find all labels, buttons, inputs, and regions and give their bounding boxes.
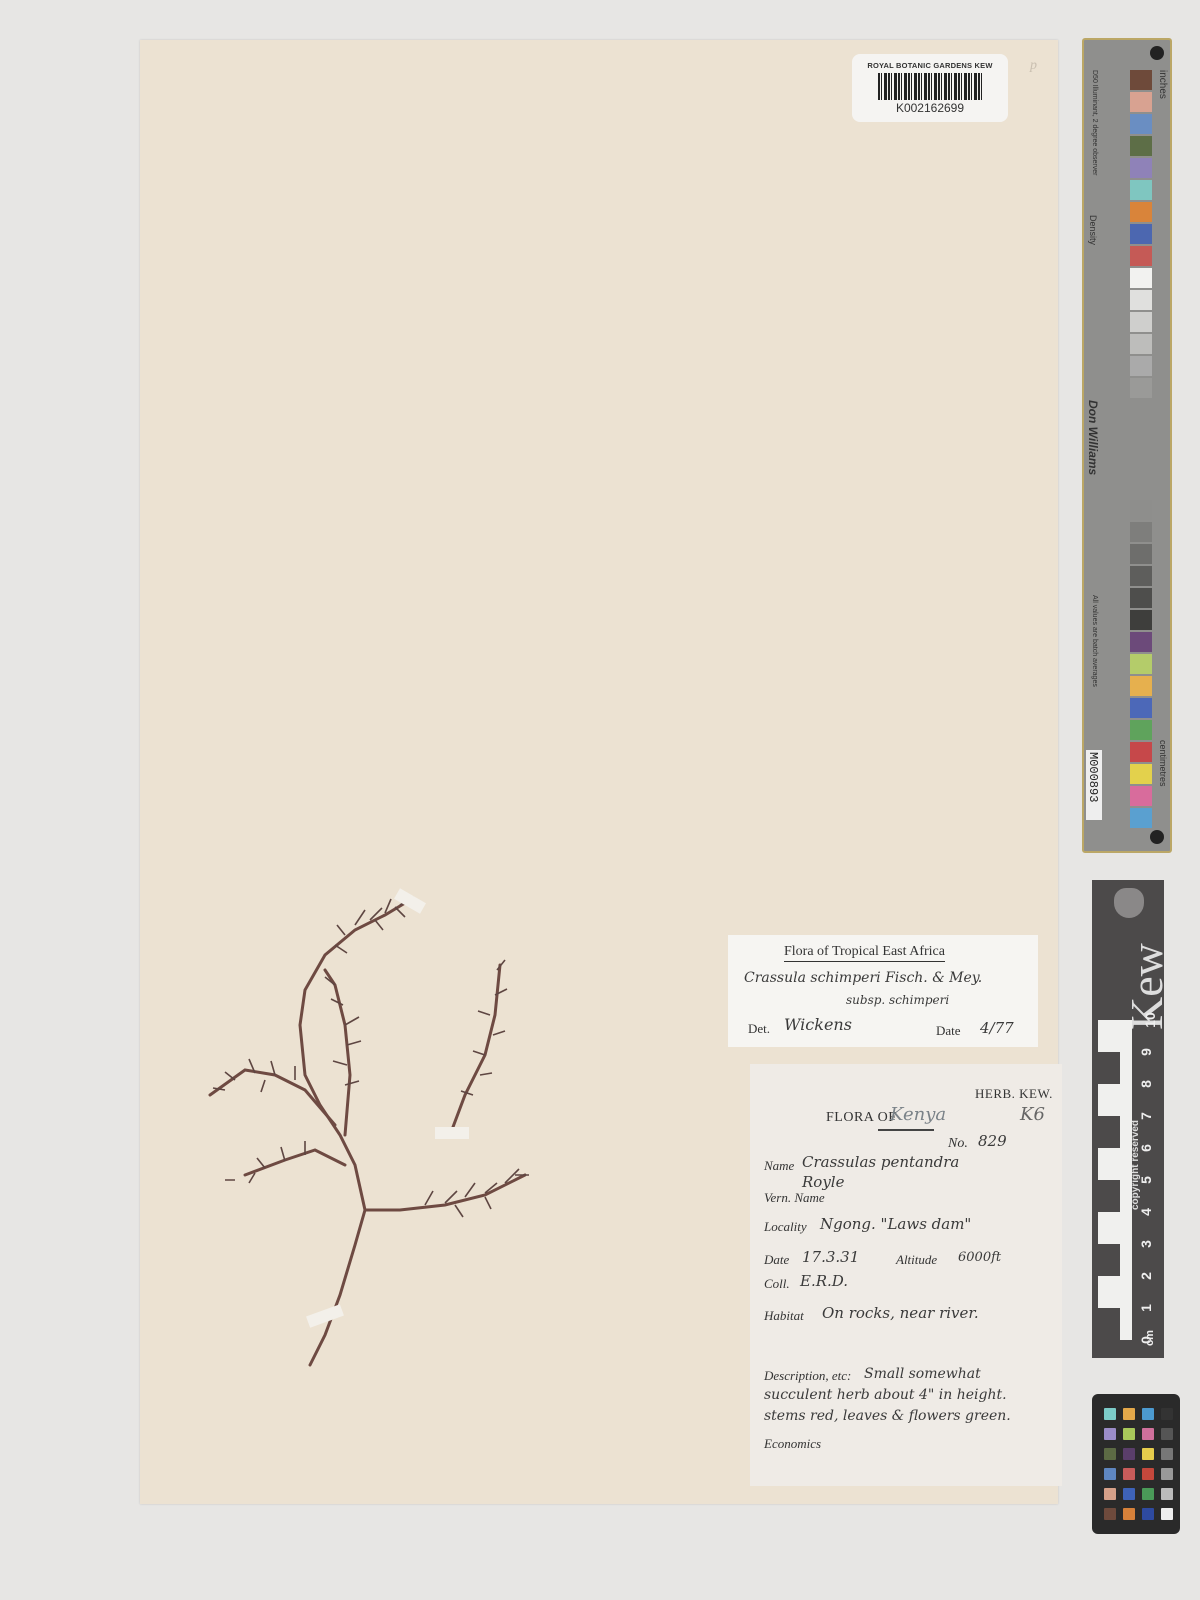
- color-patch: [1130, 676, 1152, 696]
- checker-swatch: [1161, 1508, 1173, 1520]
- checker-swatch: [1123, 1448, 1135, 1460]
- color-patch: [1130, 224, 1152, 244]
- det-label-title: Flora of Tropical East Africa: [784, 944, 945, 962]
- checker-swatch: [1161, 1428, 1173, 1440]
- barcode-number: K002162699: [852, 101, 1008, 115]
- flora-of-label: FLORA OF: [826, 1110, 897, 1126]
- field-date-value: 17.3.31: [802, 1248, 859, 1266]
- ruler-block: [1098, 1308, 1120, 1340]
- color-patch: [1130, 500, 1152, 520]
- scale-footnote: All values are batch averages: [1091, 595, 1098, 687]
- color-patch: [1130, 698, 1152, 718]
- ruler-block: [1098, 1180, 1120, 1212]
- inches-label: inches: [1157, 70, 1168, 99]
- field-habitat-value: On rocks, near river.: [822, 1304, 979, 1322]
- corner-mark: p: [1030, 58, 1037, 74]
- field-date-label: Date: [764, 1252, 789, 1268]
- centimetres-label: centimetres: [1158, 740, 1168, 787]
- checker-swatch: [1123, 1408, 1135, 1420]
- checker-swatch: [1123, 1428, 1135, 1440]
- ruler-tick-label: 4: [1138, 1208, 1154, 1216]
- checker-swatch: [1161, 1468, 1173, 1480]
- det-infraspecific: subsp. schimperi: [846, 993, 949, 1007]
- checker-swatch: [1142, 1508, 1154, 1520]
- color-patch: [1130, 268, 1152, 288]
- color-patch: [1130, 654, 1152, 674]
- scale-hole-bottom: [1150, 830, 1164, 844]
- color-patch: [1130, 720, 1152, 740]
- color-patch: [1130, 312, 1152, 332]
- ruler-tick-label: 10: [1142, 1012, 1158, 1028]
- barcode-label: ROYAL BOTANIC GARDENS KEW K002162699: [852, 54, 1008, 122]
- density-label: Density: [1088, 215, 1098, 245]
- color-patch: [1130, 632, 1152, 652]
- scale-brand: Don Williams: [1086, 400, 1100, 475]
- field-habitat-label: Habitat: [764, 1308, 804, 1324]
- plant-specimen-icon: [195, 875, 535, 1375]
- institution-name: ROYAL BOTANIC GARDENS KEW: [852, 61, 1008, 70]
- checker-swatch: [1142, 1468, 1154, 1480]
- field-description-value: Small somewhat succulent herb about 4" i…: [764, 1364, 1034, 1427]
- color-patch: [1130, 786, 1152, 806]
- color-patch: [1130, 764, 1152, 784]
- color-patch: [1130, 114, 1152, 134]
- color-patch: [1130, 808, 1152, 828]
- checker-swatch: [1142, 1428, 1154, 1440]
- flora-country: Kenya: [890, 1104, 946, 1125]
- checker-swatch: [1161, 1488, 1173, 1500]
- color-patch: [1130, 334, 1152, 354]
- color-patch: [1130, 742, 1152, 762]
- color-patch: [1130, 290, 1152, 310]
- kew-crest-icon: [1114, 888, 1144, 918]
- checker-swatch: [1142, 1408, 1154, 1420]
- color-patch: [1130, 70, 1152, 90]
- checker-swatch: [1104, 1468, 1116, 1480]
- checker-swatch: [1161, 1448, 1173, 1460]
- field-coll-value: E.R.D.: [800, 1272, 848, 1290]
- ruler-tick-label: 9: [1138, 1048, 1154, 1056]
- color-patch: [1130, 378, 1152, 398]
- ruler-tick-label: 8: [1138, 1080, 1154, 1088]
- color-patch: [1130, 136, 1152, 156]
- det-taxon-name: Crassula schimperi Fisch. & Mey.: [744, 970, 982, 986]
- det-date-value: 4/77: [980, 1019, 1014, 1037]
- field-altitude-label: Altitude: [896, 1252, 937, 1268]
- scale-hole-top: [1150, 46, 1164, 60]
- color-patch: [1130, 158, 1152, 178]
- field-name-label: Name: [764, 1158, 794, 1174]
- color-calibration-scale: inches centimetres D50 Illuminant, 2 deg…: [1082, 38, 1172, 853]
- determiner-signature: Wickens: [784, 1015, 852, 1034]
- field-name-value: Crassulas pentandra Royle: [802, 1152, 1002, 1192]
- number-value: 829: [978, 1132, 1007, 1150]
- det-prefix: Det.: [748, 1021, 770, 1037]
- checker-swatch: [1142, 1448, 1154, 1460]
- determination-label: Flora of Tropical East Africa Crassula s…: [728, 935, 1038, 1047]
- herbarium-label: HERB. KEW. FLORA OF Kenya K6 No. 829 Nam…: [750, 1064, 1062, 1486]
- color-patch: [1130, 566, 1152, 586]
- color-patch: [1130, 610, 1152, 630]
- color-patch: [1130, 356, 1152, 376]
- ruler-block: [1098, 1116, 1120, 1148]
- checker-swatch: [1123, 1508, 1135, 1520]
- checker-swatch: [1123, 1468, 1135, 1480]
- checker-swatch: [1104, 1408, 1116, 1420]
- illuminant-text: D50 Illuminant, 2 degree observer: [1091, 70, 1098, 175]
- checker-swatch: [1104, 1448, 1116, 1460]
- color-patch: [1130, 180, 1152, 200]
- checker-swatch: [1161, 1408, 1173, 1420]
- color-patch: [1130, 202, 1152, 222]
- ruler-block: [1098, 1052, 1120, 1084]
- color-patch: [1130, 522, 1152, 542]
- ruler-tick-label: 3: [1138, 1240, 1154, 1248]
- checker-swatch: [1104, 1428, 1116, 1440]
- ruler-block: [1098, 1244, 1120, 1276]
- checker-swatch: [1104, 1508, 1116, 1520]
- ruler-tick-label: 6: [1138, 1144, 1154, 1152]
- color-patch: [1130, 246, 1152, 266]
- field-locality-label: Locality: [764, 1219, 807, 1235]
- ruler-tick-label: 7: [1138, 1112, 1154, 1120]
- color-patch: [1130, 544, 1152, 564]
- checker-swatch: [1142, 1488, 1154, 1500]
- color-patch: [1130, 92, 1152, 112]
- region-code: K6: [1020, 1104, 1045, 1125]
- flora-underline: [878, 1129, 934, 1131]
- checker-swatch: [1104, 1488, 1116, 1500]
- barcode-icon: [878, 73, 982, 100]
- field-locality-value: Ngong. "Laws dam": [820, 1215, 971, 1233]
- herb-kew-header: HERB. KEW.: [975, 1086, 1053, 1102]
- ruler-tick-label: 2: [1138, 1272, 1154, 1280]
- ruler-tick-label: 5: [1138, 1176, 1154, 1184]
- scale-serial: M000893: [1086, 750, 1102, 820]
- ruler-tick-label: 1: [1138, 1304, 1154, 1312]
- field-economics-label: Economics: [764, 1436, 821, 1452]
- number-label: No.: [948, 1136, 968, 1152]
- field-altitude-value: 6000ft: [958, 1250, 1001, 1265]
- field-coll-label: Coll.: [764, 1276, 790, 1292]
- color-checker-card: [1092, 1394, 1180, 1534]
- color-patch: [1130, 588, 1152, 608]
- checker-swatch: [1123, 1488, 1135, 1500]
- field-vern-name-label: Vern. Name: [764, 1190, 825, 1206]
- ruler-unit: cm: [1144, 1330, 1156, 1346]
- det-date-label: Date: [936, 1023, 961, 1039]
- kew-cm-ruler: Kew copyright reserved 012345678910 cm: [1092, 880, 1164, 1358]
